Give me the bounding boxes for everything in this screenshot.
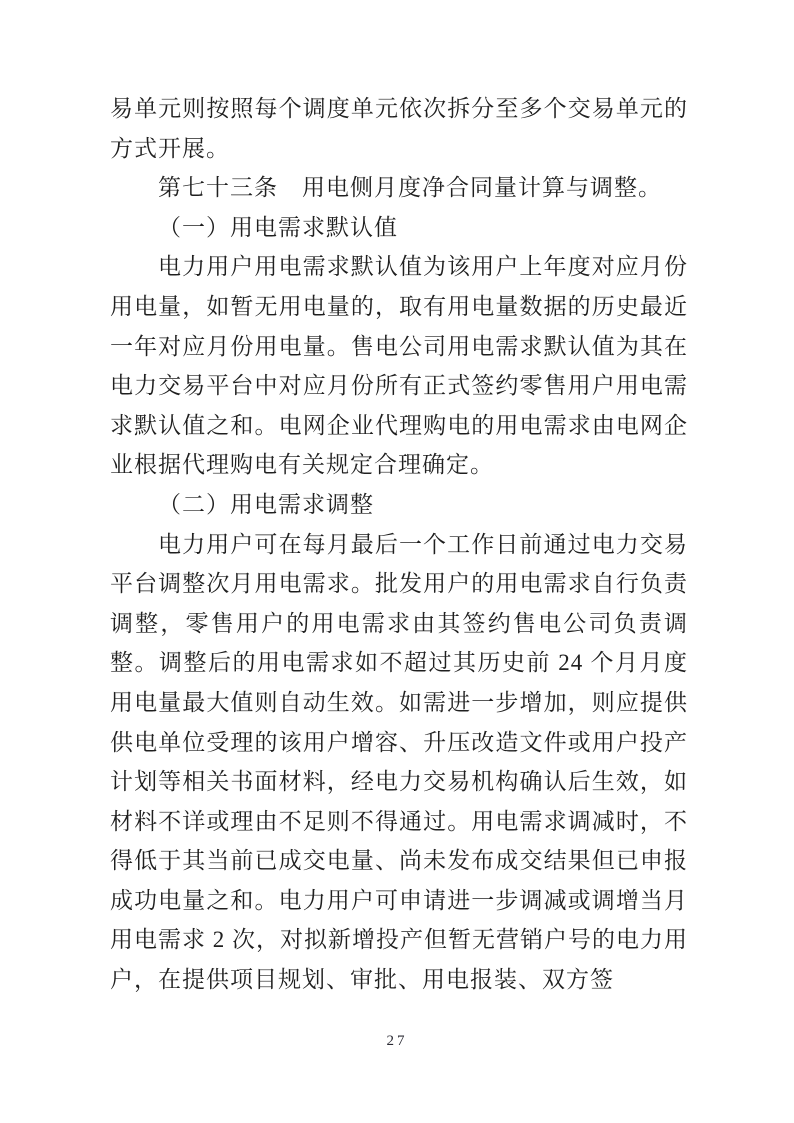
paragraph-subsection-two-heading: （二）用电需求调整 (110, 485, 688, 525)
paragraph-subsection-one-heading: （一）用电需求默认值 (110, 208, 688, 248)
paragraph-continuation: 易单元则按照每个调度单元依次拆分至多个交易单元的方式开展。 (110, 89, 688, 168)
paragraph-subsection-two-body: 电力用户可在每月最后一个工作日前通过电力交易平台调整次月用电需求。批发用户的用电… (110, 525, 688, 1000)
page-number: 27 (387, 1033, 408, 1049)
document-body: 易单元则按照每个调度单元依次拆分至多个交易单元的方式开展。 第七十三条 用电侧月… (110, 89, 688, 1000)
document-page: 易单元则按照每个调度单元依次拆分至多个交易单元的方式开展。 第七十三条 用电侧月… (0, 0, 794, 1123)
article-title: 用电侧月度净合同量计算与调整。 (278, 175, 662, 200)
paragraph-subsection-one-body: 电力用户用电需求默认值为该用户上年度对应月份用电量，如暂无用电量的，取有用电量数… (110, 247, 688, 485)
article-number: 第七十三条 (158, 175, 278, 200)
page-footer: 27 (0, 1032, 794, 1050)
paragraph-article-heading: 第七十三条 用电侧月度净合同量计算与调整。 (110, 168, 688, 208)
